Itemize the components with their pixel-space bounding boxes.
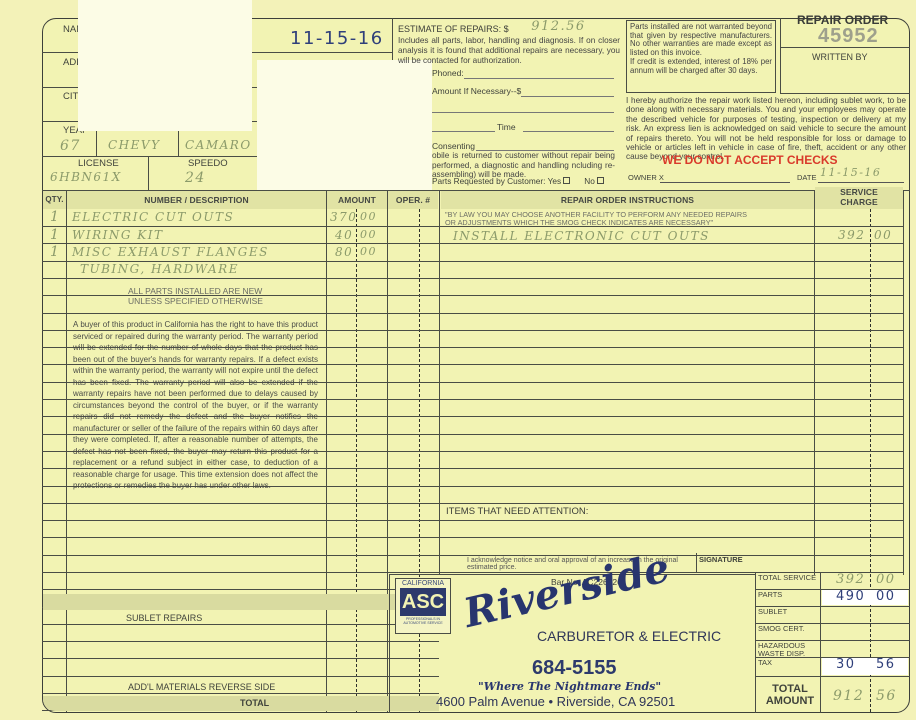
parts-requested-label: Parts Requested by Customer: Yes No (432, 177, 604, 186)
auth-date-value: 11-15-16 (820, 166, 881, 179)
time-label: Time (497, 123, 516, 132)
shaded-row (43, 594, 439, 610)
parts-row-3-amount: 80 (335, 245, 353, 259)
parts-row-1-amount: 370 (330, 210, 357, 224)
model-value: CAMARO (185, 138, 252, 152)
service-charge-header: SERVICECHARGE (815, 187, 903, 209)
credit-notice-text: If credit is extended, interest of 18% p… (630, 58, 772, 75)
business-slogan: "Where The Nightmare Ends" (478, 681, 661, 693)
items-attention-label: ITEMS THAT NEED ATTENTION: (446, 507, 588, 517)
totals-row-value: 30 (836, 657, 856, 672)
parts-new-note-2: UNLESS SPECIFIED OTHERWISE (128, 297, 263, 306)
estimate-title: ESTIMATE OF REPAIRS: $ (398, 24, 509, 34)
business-address: 4600 Palm Avenue • Riverside, CA 92501 (436, 695, 675, 709)
instructions-header: REPAIR ORDER INSTRUCTIONS (441, 191, 814, 209)
parts-new-note-1: ALL PARTS INSTALLED ARE NEW (128, 287, 262, 296)
speedo-value: 24 (185, 170, 206, 186)
addl-materials-label: ADD'L MATERIALS REVERSE SIDE (128, 683, 275, 692)
total-amount-cents: 56 (876, 688, 897, 704)
parts-row-2-amount: 40 (335, 228, 353, 242)
date-value: 11-15-16 (290, 28, 384, 49)
date-label: DATE (797, 174, 816, 182)
parts-row-3-cents: 00 (360, 245, 377, 258)
totals-row-cents: 00 (876, 572, 896, 587)
totals-row-value: 392 (836, 572, 865, 587)
parts-row-1-qty: 1 (50, 209, 60, 225)
year-value: 67 (60, 138, 81, 154)
parts-row-1-desc: ELECTRIC CUT OUTS (72, 210, 234, 224)
no-checks-notice: WE DO NOT ACCEPT CHECKS (662, 153, 838, 167)
california-warranty-text: A buyer of this product in California ha… (73, 319, 318, 492)
amount-label: Amount If Necessary--$ (432, 87, 521, 96)
instruction-line-1-cents: 00 (874, 228, 892, 242)
totals-row-label: SUBLET (758, 608, 818, 616)
yes-checkbox[interactable] (563, 177, 570, 184)
amount-header: AMOUNT (327, 191, 387, 209)
owner-label: OWNER X (628, 174, 664, 182)
parts-row-3-desc: MISC EXHAUST FLANGES (72, 245, 269, 259)
totals-row-label: PARTS (758, 591, 818, 599)
totals-row-cents: 56 (876, 657, 896, 672)
redaction-sticker-2 (257, 60, 432, 190)
make-value: CHEVY (108, 138, 161, 152)
speedo-label: SPEEDO (188, 159, 228, 169)
totals-row-cents: 00 (876, 589, 896, 604)
totals-row-label: TOTAL SERVICE (758, 574, 818, 582)
instruction-line-1-amount: 392 (838, 228, 865, 242)
totals-row-label: HAZARDOUS WASTE DISP. (758, 642, 818, 658)
oper-header: OPER. # (388, 191, 438, 209)
qty-header: QTY. (43, 191, 66, 209)
total-amount-label: TOTALAMOUNT (760, 683, 820, 707)
parts-row-4-desc: TUBING, HARDWARE (80, 262, 239, 276)
total-label: TOTAL (240, 699, 269, 708)
consenting-label: Consenting (432, 142, 475, 151)
parts-row-1-cents: 00 (360, 210, 377, 223)
estimate-section: ESTIMATE OF REPAIRS: $ 912.56 Includes a… (398, 21, 620, 65)
parts-row-2-cents: 00 (360, 228, 377, 241)
warranty-notice-box: Parts installed are not warranted beyond… (626, 20, 776, 93)
total-amount-value: 912 (833, 688, 864, 704)
license-label: LICENSE (78, 159, 119, 169)
parts-row-2-qty: 1 (50, 227, 60, 243)
warranty-notice-text: Parts installed are not warranted beyond… (630, 23, 772, 57)
license-value: 6HBN61X (50, 170, 122, 184)
written-by-label: WRITTEN BY (812, 53, 868, 62)
phoned-label: Phoned: (432, 69, 464, 78)
signature-label: SIGNATURE (699, 556, 743, 564)
authorization-text: I hereby authorize the repair work liste… (626, 96, 906, 162)
smog-notice-2: OR ADJUSTMENTS WHICH THE SMOG CHECK INDI… (445, 219, 713, 227)
business-phone: 684-5155 (532, 658, 617, 679)
redaction-sticker-1 (78, 0, 252, 131)
estimate-text: Includes all parts, labor, handling and … (398, 36, 620, 65)
sublet-repairs-label: SUBLET REPAIRS (126, 614, 202, 623)
desc-header: NUMBER / DESCRIPTION (67, 191, 326, 209)
business-name-sub: CARBURETOR & ELECTRIC (537, 629, 721, 644)
repair-order-number: 45952 (818, 26, 879, 47)
parts-row-3-qty: 1 (50, 244, 60, 260)
asc-logo: CALIFORNIA ASC PROFESSIONALS IN AUTOMOTI… (395, 578, 451, 634)
totals-row-value: 490 (836, 589, 865, 604)
totals-row-label: SMOG CERT. (758, 625, 818, 633)
estimate-value: 912.56 (531, 19, 586, 34)
no-checkbox[interactable] (597, 177, 604, 184)
totals-row-label: TAX (758, 659, 818, 667)
instruction-line-1: INSTALL ELECTRONIC CUT OUTS (453, 229, 710, 243)
parts-row-2-desc: WIRING KIT (72, 228, 163, 242)
